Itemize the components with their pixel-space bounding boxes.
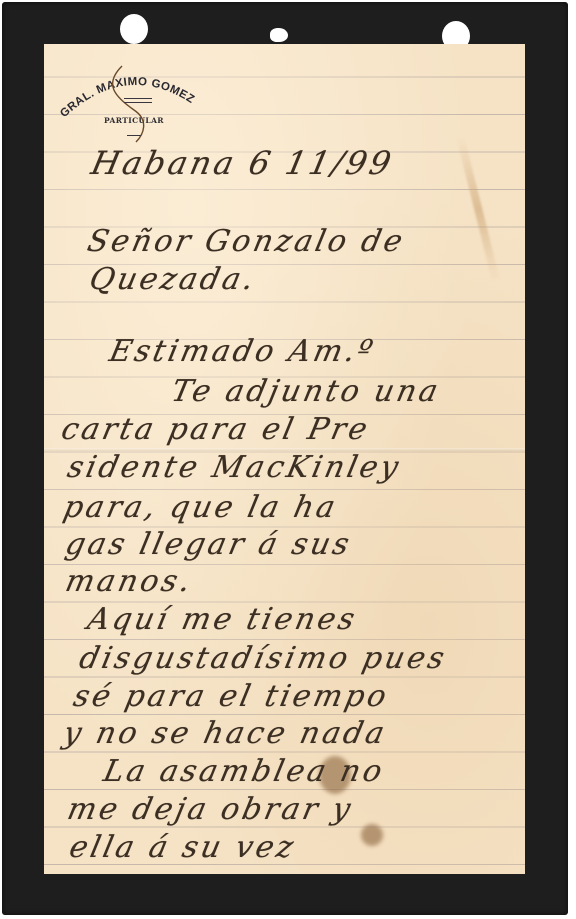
body-line: manos. [62,564,196,599]
handwritten-letter: Habana 6 11/99 Señor Gonzalo de Quezada.… [44,44,525,874]
salutation-line-1: Señor Gonzalo de [84,224,408,259]
greeting: Estimado Am.º [106,334,378,369]
body-line: Te adjunto una [168,374,444,409]
body-line: y no se hace nada [60,716,390,751]
letter-paper: GRAL. MAXIMO GOMEZ PARTICULAR Habana 6 1… [44,44,525,874]
body-line: ella á su vez [66,830,299,865]
place-date: Habana 6 11/99 [88,144,397,182]
body-line: sé para el tiempo [70,679,392,714]
body-line: gas llegar á sus [62,527,355,562]
body-line: La asamblea no [100,754,388,789]
salutation-line-2: Quezada. [86,262,259,297]
body-line: Aquí me tienes [84,602,360,637]
torn-hole [270,28,288,42]
body-line: disgustadísimo pues [76,641,450,676]
body-line: para, que la ha [60,490,341,525]
punch-hole [120,14,148,44]
body-line: carta para el Pre [58,412,373,447]
body-line: me deja obrar y [64,792,356,827]
body-line: sidente MacKinley [64,450,404,485]
